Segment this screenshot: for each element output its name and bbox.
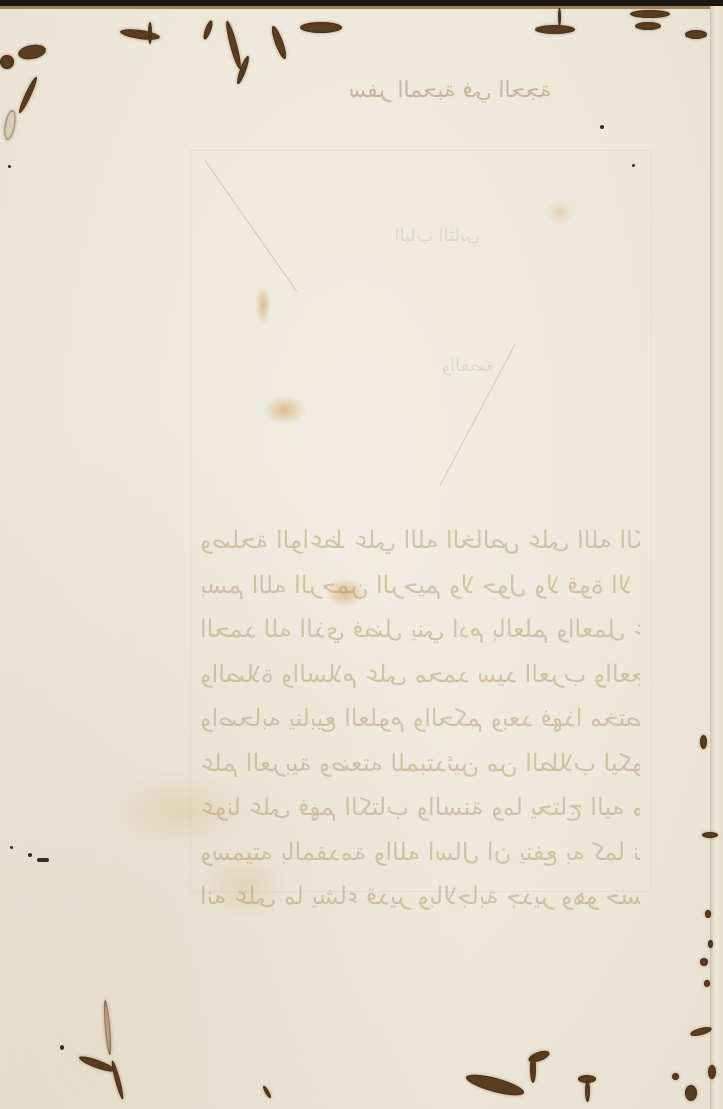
wormhole — [300, 22, 342, 33]
water-stain — [200, 850, 290, 920]
stain — [262, 395, 307, 425]
speck — [60, 1045, 64, 1050]
text-line: بسم الله الرحمن الرحيم ولا حول ولا قوة ا… — [200, 563, 640, 608]
speck — [10, 846, 13, 849]
stain — [255, 285, 271, 325]
stain — [325, 578, 365, 608]
wormhole — [705, 910, 711, 918]
ghost-heading: الباب الثاني — [280, 225, 480, 246]
speck — [28, 853, 32, 857]
wormhole — [535, 25, 575, 34]
wormhole — [635, 22, 661, 30]
speck — [37, 858, 49, 862]
speck — [632, 164, 635, 167]
text-line: الحمد لله الذي فضل بني ادم بالعلم والعمل… — [200, 607, 640, 652]
wormhole — [672, 1073, 679, 1080]
wormhole — [630, 10, 670, 18]
wormhole — [708, 940, 713, 948]
wormhole — [685, 1085, 697, 1101]
wormhole — [585, 1080, 590, 1102]
wormhole — [702, 832, 718, 838]
wormhole — [708, 1065, 716, 1079]
page-header-text: سفر المحبة في الحجة — [300, 78, 600, 108]
wormhole — [700, 958, 708, 966]
text-line: وصلحة الواعظ علي الله الخالص على الله ال… — [200, 518, 640, 563]
text-line: واصحابه ينابيع العلوم والحكم وبعد فهذا م… — [200, 696, 640, 741]
speck — [8, 165, 11, 168]
wormhole — [704, 980, 710, 987]
wormhole — [685, 30, 707, 39]
wormhole — [0, 55, 14, 69]
text-line: عونا على فهم الكتاب والسنة وما يحتاج الي… — [200, 785, 640, 830]
text-line: علم العربية وضعته للمبتدئين من الطلاب لي… — [200, 741, 640, 786]
wormhole — [558, 8, 561, 26]
ghost-subheading: والقصة — [395, 355, 495, 376]
stain — [545, 200, 575, 225]
speck — [600, 125, 604, 129]
water-stain — [110, 770, 250, 850]
wormhole — [148, 22, 152, 44]
wormhole — [530, 1055, 536, 1083]
text-line: والصلاة والسلام على محمد سيد العرب والعج… — [200, 652, 640, 697]
wormhole — [700, 735, 707, 749]
